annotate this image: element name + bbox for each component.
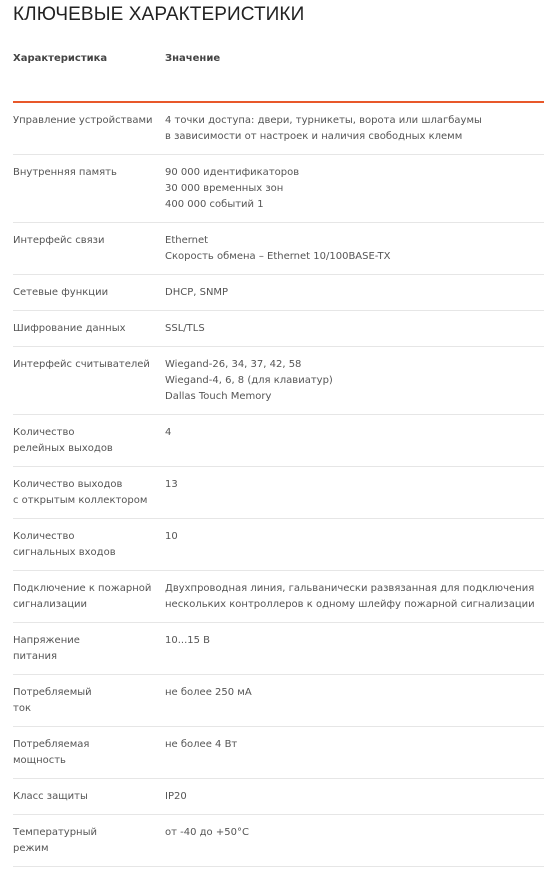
row-value-line: нескольких контроллеров к одному шлейфу … [165, 597, 544, 613]
row-value: не более 250 мА [165, 685, 544, 717]
row-value: IP20 [165, 789, 544, 805]
table-row: Количество выходов с открытым коллекторо… [13, 467, 544, 519]
row-value: Двухпроводная линия, гальванически развя… [165, 581, 544, 613]
row-characteristic: Внутренняя память [13, 165, 165, 213]
row-value-line: в зависимости от настроек и наличия своб… [165, 129, 544, 145]
specifications-table-body: Управление устройствами4 точки доступа: … [13, 103, 544, 867]
row-characteristic: Шифрование данных [13, 321, 165, 337]
table-row: Шифрование данныхSSL/TLS [13, 311, 544, 347]
table-row: Класс защитыIP20 [13, 779, 544, 815]
row-value: 4 точки доступа: двери, турникеты, ворот… [165, 113, 544, 145]
row-value-line: 30 000 временных зон [165, 181, 544, 197]
row-value: от -40 до +50°С [165, 825, 544, 857]
row-value-line: не более 4 Вт [165, 737, 544, 753]
row-characteristic: Потребляемый ток [13, 685, 165, 717]
row-value: не более 4 Вт [165, 737, 544, 769]
row-value-line: Wiegand-4, 6, 8 (для клавиатур) [165, 373, 544, 389]
row-characteristic: Класс защиты [13, 789, 165, 805]
row-value: 13 [165, 477, 544, 509]
row-value-line: Двухпроводная линия, гальванически развя… [165, 581, 544, 597]
table-row: Интерфейс считывателейWiegand-26, 34, 37… [13, 347, 544, 415]
row-characteristic: Интерфейс связи [13, 233, 165, 265]
row-value-line: Ethernet [165, 233, 544, 249]
section-title: КЛЮЧЕВЫЕ ХАРАКТЕРИСТИКИ [13, 4, 304, 26]
row-characteristic: Интерфейс считывателей [13, 357, 165, 405]
row-characteristic: Температурный режим [13, 825, 165, 857]
row-value-line: IP20 [165, 789, 544, 805]
table-row: Температурный режимот -40 до +50°С [13, 815, 544, 867]
row-value: 10...15 В [165, 633, 544, 665]
table-header: Характеристика Значение [13, 50, 544, 103]
table-row: Управление устройствами4 точки доступа: … [13, 103, 544, 155]
row-value-line: 10...15 В [165, 633, 544, 649]
row-value-line: Скорость обмена – Ethernet 10/100BASE-TX [165, 249, 544, 265]
row-value: 10 [165, 529, 544, 561]
table-row: Количество релейных выходов4 [13, 415, 544, 467]
row-characteristic: Управление устройствами [13, 113, 165, 145]
row-value-line: не более 250 мА [165, 685, 544, 701]
row-value-line: SSL/TLS [165, 321, 544, 337]
row-characteristic: Потребляемая мощность [13, 737, 165, 769]
table-row: Количество сигнальных входов10 [13, 519, 544, 571]
table-row: Сетевые функцииDHCP, SNMP [13, 275, 544, 311]
row-characteristic: Напряжение питания [13, 633, 165, 665]
table-row: Напряжение питания10...15 В [13, 623, 544, 675]
table-row: Интерфейс связиEthernetСкорость обмена –… [13, 223, 544, 275]
table-row: Потребляемая мощностьне более 4 Вт [13, 727, 544, 779]
column-header-value: Значение [165, 52, 220, 66]
row-value-line: Dallas Touch Memory [165, 389, 544, 405]
row-value-line: 4 точки доступа: двери, турникеты, ворот… [165, 113, 544, 129]
row-value-line: 400 000 событий 1 [165, 197, 544, 213]
row-value: Wiegand-26, 34, 37, 42, 58Wiegand-4, 6, … [165, 357, 544, 405]
row-characteristic: Количество сигнальных входов [13, 529, 165, 561]
row-value: 90 000 идентификаторов30 000 временных з… [165, 165, 544, 213]
row-value: EthernetСкорость обмена – Ethernet 10/10… [165, 233, 544, 265]
table-row: Внутренняя память90 000 идентификаторов3… [13, 155, 544, 223]
row-characteristic: Количество выходов с открытым коллекторо… [13, 477, 165, 509]
row-value-line: 90 000 идентификаторов [165, 165, 544, 181]
row-value-line: 4 [165, 425, 544, 441]
row-characteristic: Подключение к пожарной сигнализации [13, 581, 165, 613]
table-row: Потребляемый токне более 250 мА [13, 675, 544, 727]
column-header-characteristic: Характеристика [13, 52, 107, 66]
row-characteristic: Сетевые функции [13, 285, 165, 301]
row-value-line: 13 [165, 477, 544, 493]
row-value-line: DHCP, SNMP [165, 285, 544, 301]
row-value-line: 10 [165, 529, 544, 545]
row-value: SSL/TLS [165, 321, 544, 337]
row-value: 4 [165, 425, 544, 457]
row-value-line: от -40 до +50°С [165, 825, 544, 841]
row-characteristic: Количество релейных выходов [13, 425, 165, 457]
row-value: DHCP, SNMP [165, 285, 544, 301]
row-value-line: Wiegand-26, 34, 37, 42, 58 [165, 357, 544, 373]
table-row: Подключение к пожарной сигнализацииДвухп… [13, 571, 544, 623]
